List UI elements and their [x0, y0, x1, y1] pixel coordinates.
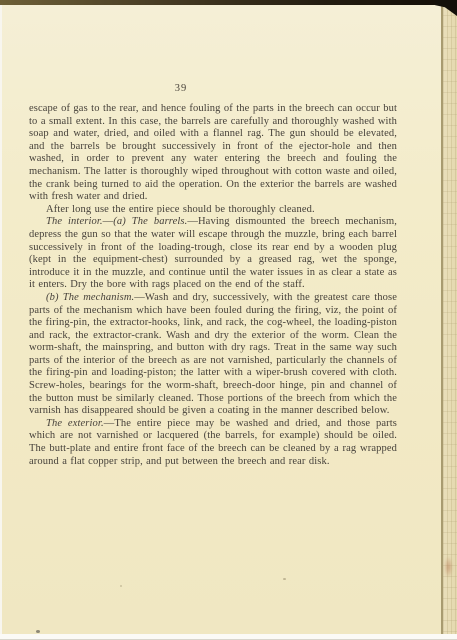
paragraph: escape of gas to the rear, and hence fou… [29, 103, 397, 204]
text-run: After long use the entire piece should b… [46, 204, 315, 215]
top-shadow [0, 0, 457, 5]
page-number: 39 [168, 83, 194, 94]
scan-speck [283, 578, 286, 580]
italic-run: (a) The barrels. [113, 216, 187, 227]
italic-run: The exterior. [46, 418, 104, 429]
paragraph: The interior.—(a) The barrels.—Having di… [29, 216, 397, 292]
text-run: —Wash and dry, successively, with the gr… [29, 292, 397, 416]
scanner-bottom-edge [0, 634, 457, 640]
italic-run: The interior. [46, 216, 103, 227]
text-run: escape of gas to the rear, and hence fou… [29, 103, 397, 202]
text-run: —Having dismounted the breech mechanism,… [29, 216, 397, 290]
text-run: — [103, 216, 114, 227]
paragraph: (b) The mechanism.—Wash and dry, success… [29, 292, 397, 418]
scan-smudge [444, 556, 453, 578]
paragraph: After long use the entire piece should b… [29, 204, 397, 217]
scan-speck [36, 630, 40, 633]
scan-speck [120, 585, 122, 587]
paragraph: The exterior.—The entire piece may be wa… [29, 418, 397, 468]
italic-run: (b) The mechanism. [46, 292, 134, 303]
scanned-book-page: 39 escape of gas to the rear, and hence … [0, 0, 457, 640]
body-text: escape of gas to the rear, and hence fou… [29, 103, 397, 468]
book-fore-edge [441, 4, 457, 634]
